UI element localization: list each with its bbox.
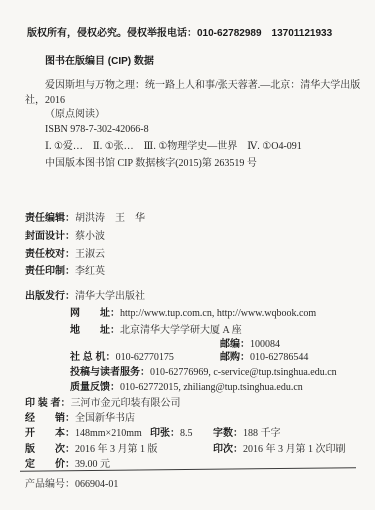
edition-row: 版 次：2016 年 3 月第 1 版 <box>25 444 158 456</box>
publisher-service-label: 投稿与读者服务： <box>70 367 150 378</box>
publisher-label: 出版发行： <box>25 291 75 302</box>
cip-classification: Ⅰ. ①爱… Ⅱ. ①张… Ⅲ. ①物理学史—世界 Ⅳ. ①O4-091 <box>45 141 302 153</box>
printer-value: 三河市金元印装有限公司 <box>71 398 181 409</box>
publisher-website-value: http://www.tup.com.cn, http://www.wqbook… <box>120 308 316 319</box>
staff-editor-label: 责任编辑： <box>25 213 75 224</box>
impression-value: 2016 年 3 月第 1 次印刷 <box>243 444 346 455</box>
impression-row: 印次：2016 年 3 月第 1 次印刷 <box>213 444 346 456</box>
publisher-mailorder-label: 邮购： <box>220 352 250 363</box>
cip-series: （原点阅读） <box>45 109 105 121</box>
publisher-address-value: 北京清华大学学研大厦 A 座 <box>120 325 242 336</box>
publisher-website-label: 网 址： <box>70 308 120 319</box>
wordcount-row: 字数：188 千字 <box>213 428 281 440</box>
publisher-row: 出版发行：清华大学出版社 <box>25 291 145 303</box>
printer-row: 印 装 者：三河市金元印装有限公司 <box>25 398 181 410</box>
publisher-switchboard-row: 社 总 机：010-62770175 <box>70 352 174 364</box>
staff-editor-value: 胡洪涛 王 华 <box>75 213 145 224</box>
sheets-label: 印张： <box>150 428 180 439</box>
format-value: 148mm×210mm <box>75 428 142 439</box>
edition-value: 2016 年 3 月第 1 版 <box>75 444 158 455</box>
publisher-postcode-value: 100084 <box>250 339 280 350</box>
staff-proof-row: 责任校对：王淑云 <box>25 249 105 261</box>
publisher-address-label: 地 址： <box>70 325 120 336</box>
cip-isbn: ISBN 978-7-302-42066-8 <box>45 124 149 136</box>
impression-label: 印次： <box>213 444 243 455</box>
publisher-service-value: 010-62776969, c-service@tup.tsinghua.edu… <box>150 367 337 378</box>
wordcount-label: 字数： <box>213 428 243 439</box>
publisher-switchboard-value: 010-62770175 <box>116 352 174 363</box>
publisher-feedback-value: 010-62772015, zhiliang@tup.tsinghua.edu.… <box>120 382 303 393</box>
distributor-row: 经 销：全国新华书店 <box>25 413 135 425</box>
copyright-notice: 版权所有，侵权必究。侵权举报电话：010-62782989 1370112193… <box>27 28 332 40</box>
staff-printing-label: 责任印制： <box>25 266 75 277</box>
cip-heading: 图书在版编目 (CIP) 数据 <box>45 56 154 68</box>
staff-printing-value: 李红英 <box>75 266 105 277</box>
price-value: 39.00 元 <box>75 459 110 470</box>
publisher-value: 清华大学出版社 <box>75 291 145 302</box>
publisher-postcode-row: 邮编：100084 <box>220 339 280 351</box>
staff-proof-label: 责任校对： <box>25 249 75 260</box>
publisher-postcode-label: 邮编： <box>220 339 250 350</box>
publisher-service-row: 投稿与读者服务：010-62776969, c-service@tup.tsin… <box>70 367 337 379</box>
staff-cover-row: 封面设计：蔡小波 <box>25 231 105 243</box>
printer-label: 印 装 者： <box>25 398 71 409</box>
publisher-address-row: 地 址：北京清华大学学研大厦 A 座 <box>70 325 242 337</box>
publisher-switchboard-label: 社 总 机： <box>70 352 116 363</box>
publisher-feedback-row: 质量反馈：010-62772015, zhiliang@tup.tsinghua… <box>70 382 303 394</box>
format-row: 开 本：148mm×210mm <box>25 428 142 440</box>
sheets-row: 印张：8.5 <box>150 428 193 440</box>
price-label: 定 价： <box>25 459 75 470</box>
product-number-value: 066904-01 <box>75 479 118 490</box>
distributor-label: 经 销： <box>25 413 75 424</box>
staff-printing-row: 责任印制：李红英 <box>25 266 105 278</box>
book-copyright-page: 版权所有，侵权必究。侵权举报电话：010-62782989 1370112193… <box>0 0 375 510</box>
cip-record-number: 中国版本图书馆 CIP 数据核字(2015)第 263519 号 <box>45 158 257 170</box>
distributor-value: 全国新华书店 <box>75 413 135 424</box>
staff-cover-value: 蔡小波 <box>75 231 105 242</box>
publisher-feedback-label: 质量反馈： <box>70 382 120 393</box>
edition-label: 版 次： <box>25 444 75 455</box>
publisher-mailorder-row: 邮购：010-62786544 <box>220 352 308 364</box>
format-label: 开 本： <box>25 428 75 439</box>
cip-entry-line1: 爱因斯坦与万物之理：统一路上人和事/张天蓉著.—北京：清华大学出版 <box>45 80 360 92</box>
cip-entry-line2: 社，2016 <box>25 95 65 107</box>
sheets-value: 8.5 <box>180 428 193 439</box>
product-number-row: 产品编号：066904-01 <box>25 479 118 491</box>
staff-editor-row: 责任编辑：胡洪涛 王 华 <box>25 213 145 225</box>
publisher-website-row: 网 址：http://www.tup.com.cn, http://www.wq… <box>70 308 316 320</box>
staff-cover-label: 封面设计： <box>25 231 75 242</box>
wordcount-value: 188 千字 <box>243 428 281 439</box>
product-number-label: 产品编号： <box>25 479 75 490</box>
staff-proof-value: 王淑云 <box>75 249 105 260</box>
publisher-mailorder-value: 010-62786544 <box>250 352 308 363</box>
